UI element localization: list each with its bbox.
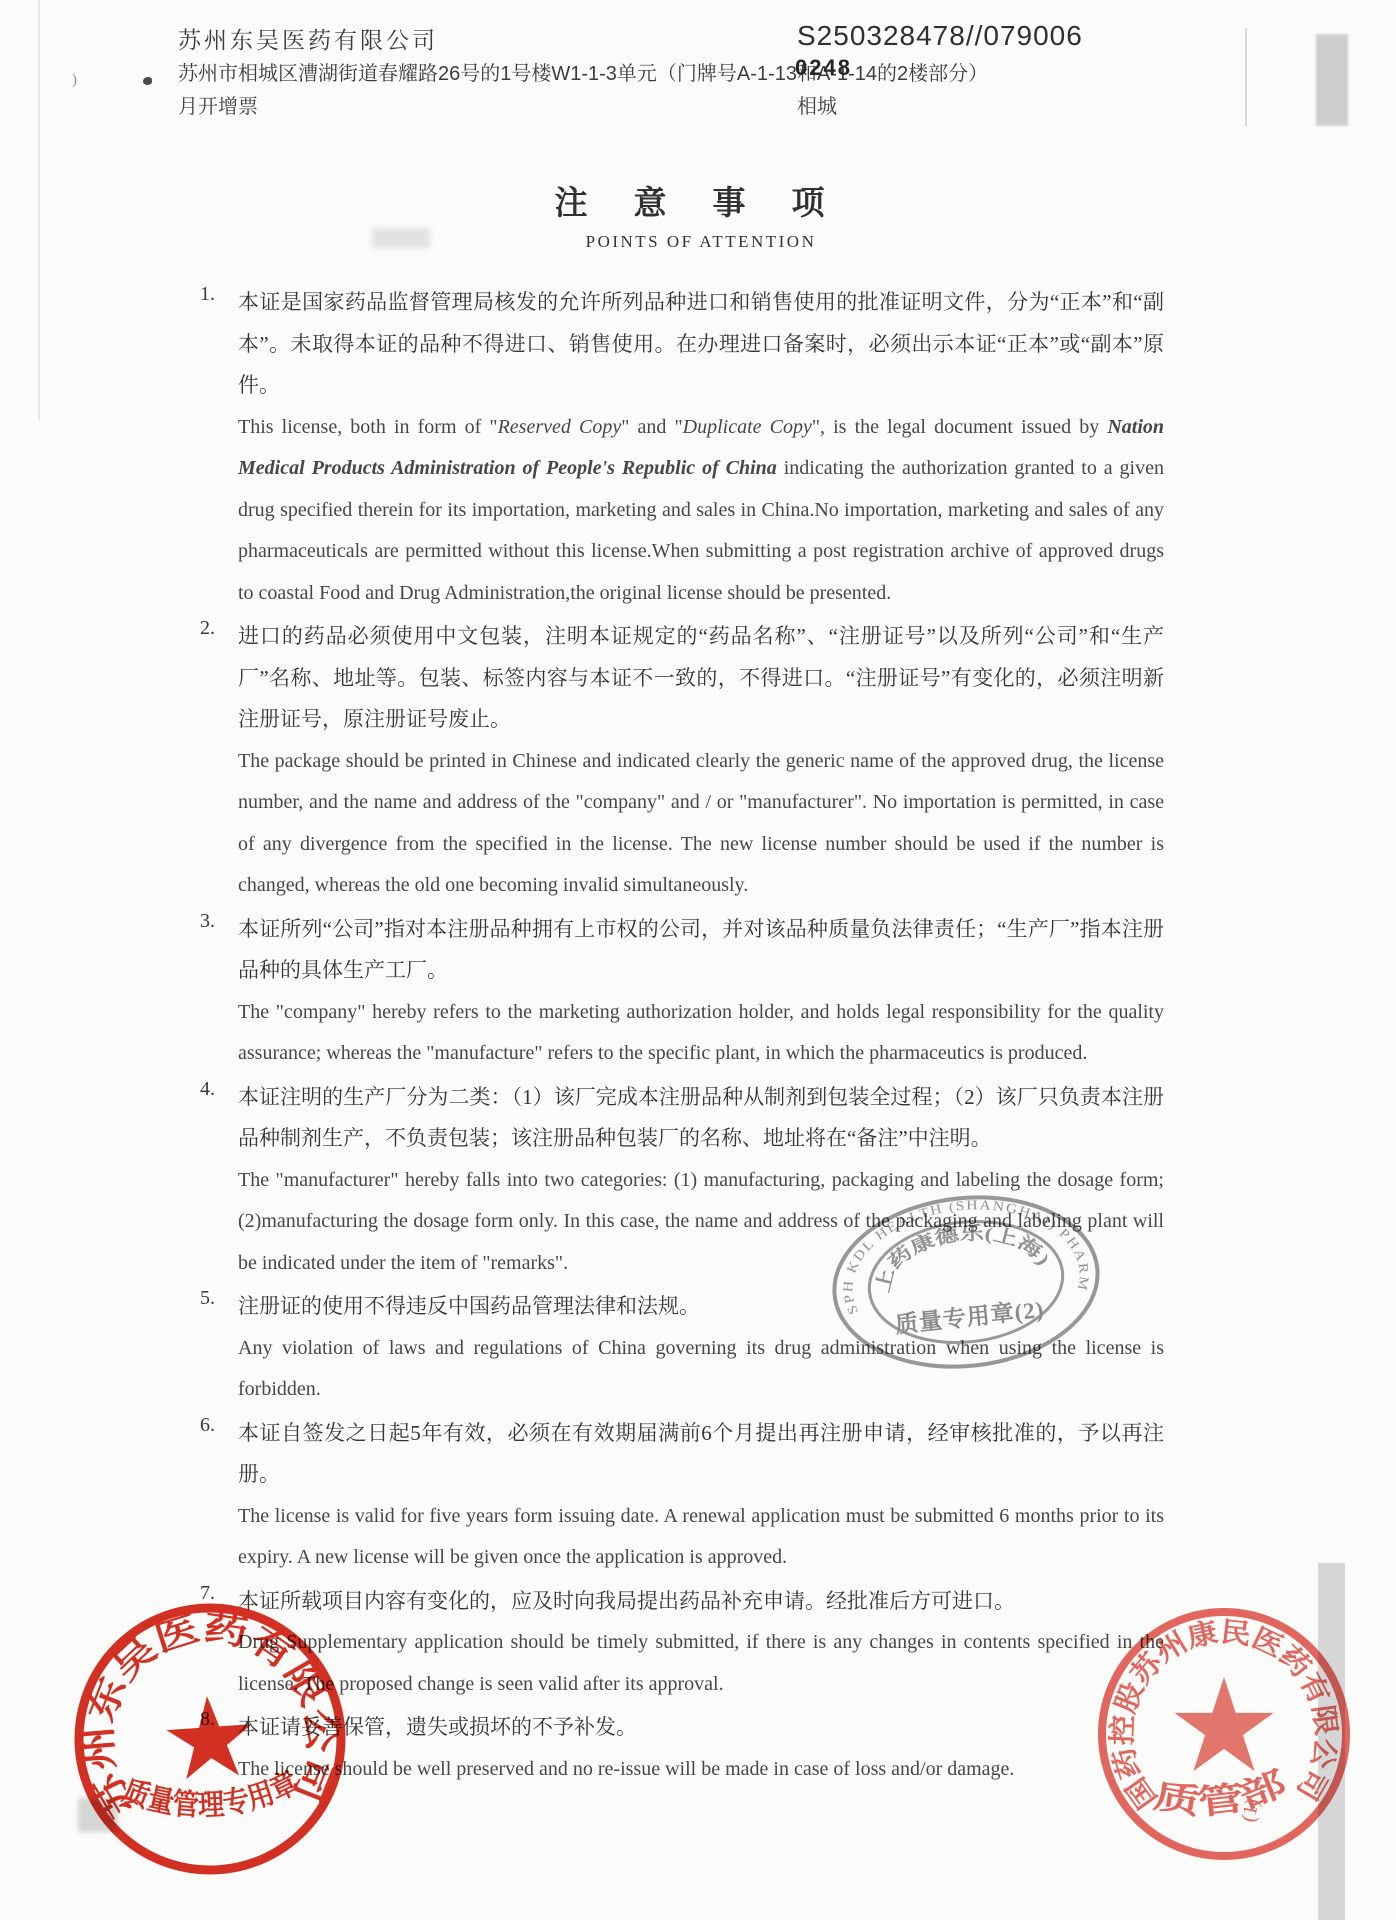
list-item: 4. 本证注明的生产厂分为二类：（1）该厂完成本注册品种从制剂到包装全过程；（2… <box>238 1077 1164 1285</box>
list-item: 6. 本证自签发之日起5年有效，必须在有效期届满前6个月提出再注册申请，经审核批… <box>238 1413 1164 1579</box>
item-number: 6. <box>200 1414 215 1437</box>
star-icon <box>1175 1677 1274 1771</box>
item-number: 5. <box>200 1287 215 1310</box>
item-text-en: The "manufacturer" hereby falls into two… <box>238 1160 1164 1285</box>
header-note-left: 月开增票 <box>178 90 258 119</box>
company-address: 苏州市相城区漕湖街道春耀路26号的1号楼W1-1-3单元（门牌号A-1-13和A… <box>178 57 988 86</box>
item-number: 3. <box>200 910 215 933</box>
item-text-cn: 本证自签发之日起5年有效，必须在有效期届满前6个月提出再注册申请，经审核批准的，… <box>238 1413 1164 1496</box>
item-text-cn: 本证所列“公司”指对本注册品种拥有上市权的公司，并对该品种质量负法律责任；“生产… <box>238 909 1164 992</box>
scanned-license-page: ) 苏州东吴医药有限公司 S250328478//079006 苏州市相城区漕湖… <box>0 0 1396 1920</box>
scan-artifact <box>143 77 152 85</box>
item-text-en: The license is valid for five years form… <box>238 1496 1164 1579</box>
document-body: 注意事项 POINTS OF ATTENTION 1. 本证是国家药品监督管理局… <box>238 182 1164 1790</box>
list-item: 1. 本证是国家药品监督管理局核发的允许所列品种进口和销售使用的批准证明文件，分… <box>238 282 1164 614</box>
en-segment: ", is the legal document issued by <box>812 416 1107 438</box>
seal-sub-text: (1) <box>1237 1797 1263 1824</box>
serial-number: S250328478//079006 <box>797 20 1083 52</box>
en-segment-italic: Reserved Copy <box>498 416 622 438</box>
list-item: 3. 本证所列“公司”指对本注册品种拥有上市权的公司，并对该品种质量负法律责任；… <box>238 909 1164 1075</box>
item-text-cn: 本证是国家药品监督管理局核发的允许所列品种进口和销售使用的批准证明文件，分为“正… <box>238 282 1164 407</box>
item-text-en: This license, both in form of "Reserved … <box>238 407 1164 615</box>
item-text-en: The "company" hereby refers to the marke… <box>238 992 1164 1075</box>
item-number: 4. <box>200 1078 215 1101</box>
en-segment: " and " <box>621 416 682 438</box>
list-item: 5. 注册证的使用不得违反中国药品管理法律和法规。 Any violation … <box>238 1286 1164 1411</box>
header-note-right: 相城 <box>797 90 837 119</box>
points-list: 1. 本证是国家药品监督管理局核发的允许所列品种进口和销售使用的批准证明文件，分… <box>238 282 1164 1790</box>
item-number: 1. <box>200 283 215 306</box>
scan-artifact <box>1245 28 1247 126</box>
item-text-cn: 注册证的使用不得违反中国药品管理法律和法规。 <box>238 1286 1164 1328</box>
item-number: 2. <box>200 617 215 640</box>
item-text-cn: 进口的药品必须使用中文包装，注明本证规定的“药品名称”、“注册证号”以及所列“公… <box>238 616 1164 741</box>
page-title-cn: 注意事项 <box>261 182 1164 226</box>
seal-bottom-text: 质管部 <box>1146 1759 1293 1830</box>
company-name: 苏州东吴医药有限公司 <box>178 22 438 55</box>
scan-artifact <box>78 1798 118 1832</box>
scan-artifact <box>38 0 40 420</box>
item-number: 8. <box>200 1708 215 1731</box>
item-text-en: Any violation of laws and regulations of… <box>238 1328 1164 1411</box>
list-item: 7. 本证所载项目内容有变化的，应及时向我局提出药品补充申请。经批准后方可进口。… <box>238 1581 1164 1706</box>
item-text-en: Drug Supplementary application should be… <box>238 1622 1164 1705</box>
item-text-cn: 本证所载项目内容有变化的，应及时向我局提出药品补充申请。经批准后方可进口。 <box>238 1581 1164 1623</box>
scan-artifact <box>1318 1563 1345 1920</box>
item-text-cn: 本证请妥善保管，遗失或损坏的不予补发。 <box>238 1707 1164 1749</box>
scan-artifact: ) <box>72 72 77 89</box>
list-item: 8. 本证请妥善保管，遗失或损坏的不予补发。 The license shoul… <box>238 1707 1164 1790</box>
item-text-en: The package should be printed in Chinese… <box>238 741 1164 907</box>
scan-artifact <box>1316 34 1348 126</box>
en-segment: This license, both in form of " <box>238 416 498 438</box>
item-text-en: The license should be well preserved and… <box>238 1749 1164 1791</box>
en-segment-italic: Duplicate Copy <box>683 416 812 438</box>
page-title-en: POINTS OF ATTENTION <box>238 232 1164 252</box>
item-text-cn: 本证注明的生产厂分为二类：（1）该厂完成本注册品种从制剂到包装全过程；（2）该厂… <box>238 1077 1164 1160</box>
item-number: 7. <box>200 1582 215 1605</box>
overlay-number: 0248 <box>795 55 852 81</box>
list-item: 2. 进口的药品必须使用中文包装，注明本证规定的“药品名称”、“注册证号”以及所… <box>238 616 1164 907</box>
